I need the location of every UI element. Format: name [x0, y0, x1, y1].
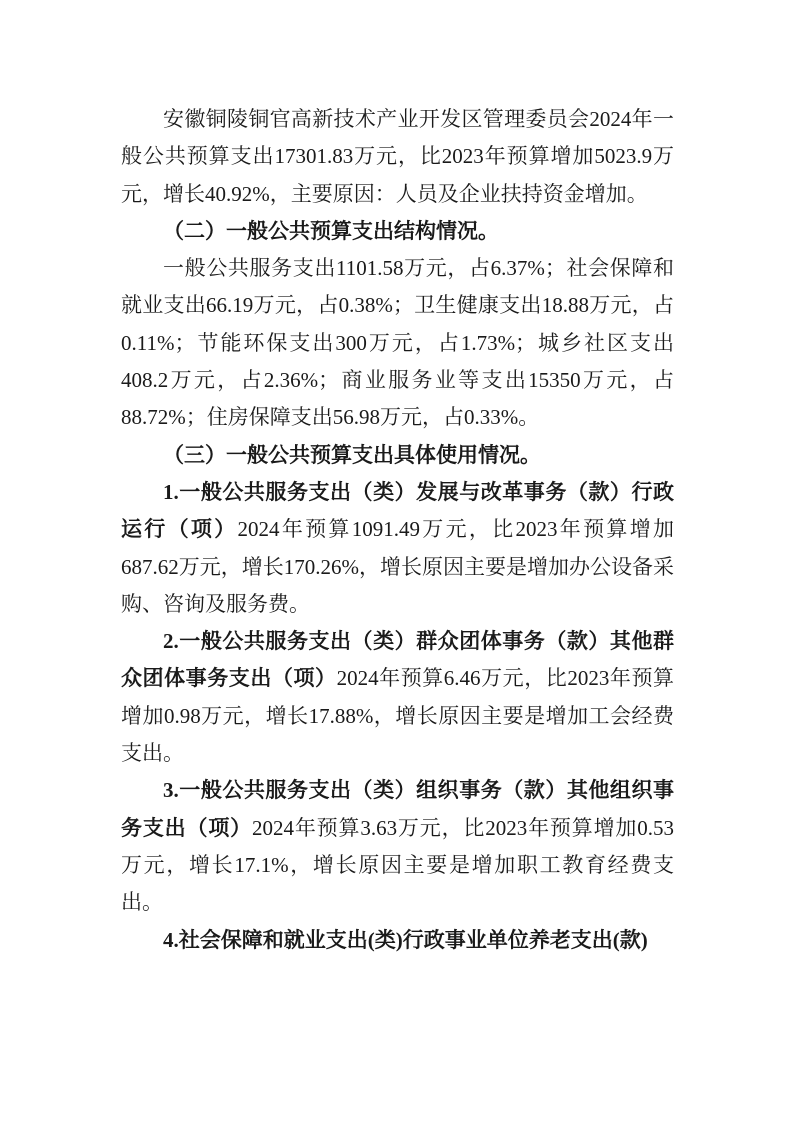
summary-paragraph: 安徽铜陵铜官高新技术产业开发区管理委员会2024年一般公共预算支出17301.8… [121, 101, 674, 213]
structure-paragraph: 一般公共服务支出1101.58万元，占6.37%；社会保障和就业支出66.19万… [121, 250, 674, 436]
usage-item-2: 2.一般公共服务支出（类）群众团体事务（款）其他群众团体事务支出（项）2024年… [121, 623, 674, 772]
usage-item-4: 4.社会保障和就业支出(类)行政事业单位养老支出(款) [121, 922, 674, 959]
usage-item-3: 3.一般公共服务支出（类）组织事务（款）其他组织事务支出（项）2024年预算3.… [121, 772, 674, 921]
usage-item-1: 1.一般公共服务支出（类）发展与改革事务（款）行政运行（项）2024年预算109… [121, 474, 674, 623]
document-page: 安徽铜陵铜官高新技术产业开发区管理委员会2024年一般公共预算支出17301.8… [121, 101, 674, 959]
usage-item-4-title: 4.社会保障和就业支出(类)行政事业单位养老支出(款) [163, 928, 648, 952]
section-heading-usage: （三）一般公共预算支出具体使用情况。 [121, 437, 674, 474]
section-heading-structure: （二）一般公共预算支出结构情况。 [121, 213, 674, 250]
